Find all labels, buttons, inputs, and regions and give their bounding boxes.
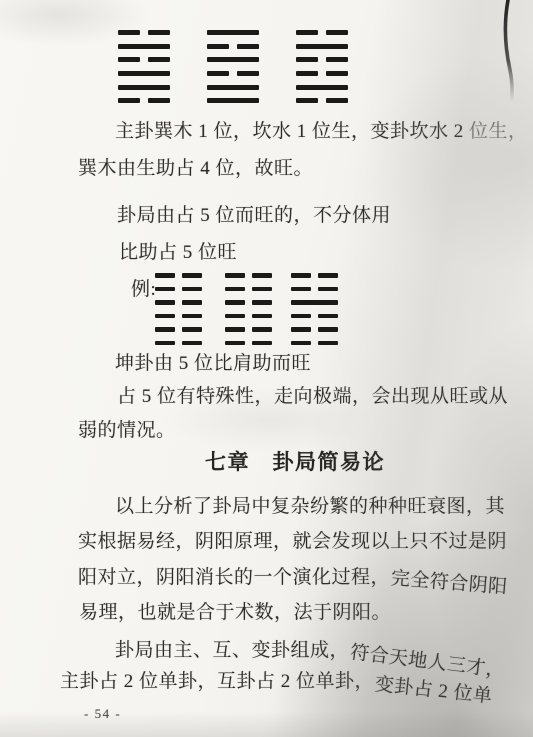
yin-line [155, 287, 202, 292]
yin-line [296, 30, 348, 35]
yang-line [118, 44, 170, 49]
yin-line-segment [252, 314, 272, 319]
yin-line [225, 327, 272, 332]
line-text-tilted: 完全符合阴阳 [390, 568, 508, 600]
yin-line-segment [318, 273, 338, 278]
yin-line-segment [225, 300, 245, 305]
yin-line-segment [182, 327, 202, 332]
yin-line-segment [296, 98, 318, 103]
yin-line-segment [155, 341, 175, 346]
yin-line-segment [118, 98, 140, 103]
yin-line-segment [252, 300, 272, 305]
yin-line-segment [118, 57, 140, 62]
yin-line [155, 314, 202, 319]
paragraph-line: 主卦占 2 位单卦，互卦占 2 位单卦，变卦占 2 位单 [60, 671, 492, 694]
yin-line [225, 341, 272, 346]
yin-line [296, 71, 348, 76]
yin-line [155, 273, 202, 278]
line-text: 主卦巽木 1 位，坎水 1 位生，变卦坎水 2 [115, 121, 464, 142]
yin-line-segment [182, 314, 202, 319]
yin-line-segment [225, 287, 245, 292]
example-changed-hexagram-figure [291, 273, 338, 354]
yin-line [118, 57, 170, 62]
yin-line-segment [252, 273, 272, 278]
yin-line-segment [155, 287, 175, 292]
example-label: 例: [131, 279, 156, 302]
yin-line [291, 341, 338, 346]
yin-line-segment [318, 287, 338, 292]
yin-line-segment [155, 300, 175, 305]
yin-line-segment [148, 30, 170, 35]
yin-line-segment [207, 71, 229, 76]
paragraph-line: 阳对立，阴阳消长的一个演化过程，完全符合阴阳 [78, 567, 507, 590]
yin-line [118, 30, 170, 35]
yang-line [207, 30, 259, 35]
yin-line [225, 287, 272, 292]
yang-line [118, 85, 170, 90]
yin-line-segment [148, 98, 170, 103]
yin-line-segment [155, 314, 175, 319]
yin-line-segment [225, 273, 245, 278]
yin-line-segment [237, 44, 259, 49]
yin-line [296, 98, 348, 103]
rule-line: 卦局由占 5 位而旺的，不分体用 [117, 205, 391, 228]
yin-line-segment [252, 341, 272, 346]
yin-line [291, 314, 338, 319]
yin-line-segment [291, 273, 311, 278]
line-text-tilted: 变卦占 2 位单 [374, 674, 494, 709]
nuclear-hexagram-figure [207, 30, 259, 112]
yin-line [225, 273, 272, 278]
yin-line-segment [296, 30, 318, 35]
yin-line [291, 273, 338, 278]
yin-line [207, 71, 259, 76]
yin-line-segment [252, 287, 272, 292]
paragraph-line: 巽木由生助占 4 位，故旺。 [78, 158, 313, 181]
paragraph-line: 主卦巽木 1 位，坎水 1 位生，变卦坎水 2 位生， [115, 121, 528, 144]
yang-line [291, 300, 338, 305]
main-hexagram-figure [118, 30, 170, 112]
yin-line-segment [326, 71, 348, 76]
paragraph-line: 以上分析了卦局中复杂纷繁的种种旺衰图，其 [115, 496, 505, 519]
yin-line-segment [296, 57, 318, 62]
yin-line-segment [291, 314, 311, 319]
yin-line-segment [155, 327, 175, 332]
yang-line [207, 98, 259, 103]
yang-line [118, 71, 170, 76]
yin-line-segment [296, 71, 318, 76]
yin-line [291, 287, 338, 292]
yin-line [155, 341, 202, 346]
yin-line-segment [291, 287, 311, 292]
rule-line: 比助占 5 位旺 [119, 242, 237, 265]
yang-line [296, 44, 348, 49]
yin-line-segment [318, 327, 338, 332]
paragraph-line: 实根据易经，阴阳原理，就会发现以上只不过是阴 [78, 531, 507, 554]
scanned-book-page: 主卦巽木 1 位，坎水 1 位生，变卦坎水 2 位生， 巽木由生助占 4 位，故… [0, 0, 533, 737]
yin-line [225, 300, 272, 305]
example-nuclear-hexagram-figure [225, 273, 272, 354]
yin-line [225, 314, 272, 319]
yin-line-segment [225, 327, 245, 332]
note-line: 占 5 位有特殊性，走向极端，会出现从旺或从 [117, 386, 508, 409]
yin-line-segment [155, 273, 175, 278]
yin-line-segment [182, 273, 202, 278]
yin-line [296, 57, 348, 62]
yin-line-segment [118, 30, 140, 35]
yin-line [155, 327, 202, 332]
scan-edge-artifact [497, 0, 521, 130]
line-text: 卦局由主、互、变卦组成， [115, 640, 349, 661]
yang-line [207, 57, 259, 62]
yin-line-segment [182, 341, 202, 346]
yin-line-segment [237, 71, 259, 76]
yin-line-segment [252, 327, 272, 332]
yin-line-segment [148, 57, 170, 62]
yin-line-segment [207, 44, 229, 49]
chapter-heading: 七章 卦局简易论 [205, 450, 385, 475]
yin-line-segment [326, 57, 348, 62]
yin-line [207, 44, 259, 49]
yin-line-segment [225, 341, 245, 346]
yin-line-segment [326, 98, 348, 103]
yin-line-segment [318, 314, 338, 319]
line-text: 主卦占 2 位单卦，互卦占 2 位单卦， [60, 671, 374, 692]
yin-line-segment [182, 300, 202, 305]
yin-line-segment [318, 341, 338, 346]
yang-line [296, 85, 348, 90]
yin-line-segment [291, 327, 311, 332]
changed-hexagram-figure [296, 30, 348, 112]
yin-line-segment [326, 30, 348, 35]
example-caption: 坤卦由 5 位比肩助而旺 [115, 353, 311, 376]
yin-line [118, 98, 170, 103]
yin-line [291, 327, 338, 332]
yin-line [155, 300, 202, 305]
paragraph-line: 卦局由主、互、变卦组成，符合天地人三才， [115, 640, 505, 663]
line-text: 阳对立，阴阳消长的一个演化过程， [78, 567, 390, 588]
paragraph-line: 易理，也就是合于术数，法于阴阳。 [79, 602, 391, 625]
yin-line-segment [225, 314, 245, 319]
note-line: 弱的情况。 [78, 420, 176, 443]
page-number: - 54 - [84, 706, 121, 722]
yin-line-segment [291, 341, 311, 346]
yin-line-segment [182, 287, 202, 292]
yang-line [207, 85, 259, 90]
example-main-hexagram-figure [155, 273, 202, 354]
